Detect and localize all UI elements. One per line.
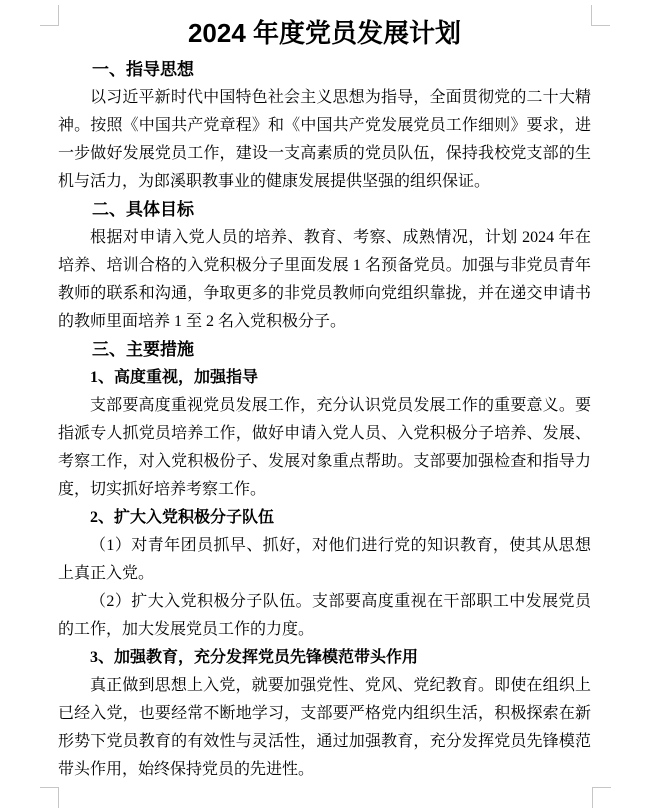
margin-crop-mark-bottom-left	[40, 787, 59, 808]
document-title: 2024 年度党员发展计划	[58, 10, 591, 56]
paragraph-guiding-ideology: 以习近平新时代中国特色社会主义思想为指导，全面贯彻党的二十大精神。按照《中国共产…	[58, 84, 591, 196]
subheading-measure-2: 2、扩大入党积极分子队伍	[58, 504, 591, 532]
section-heading-main-measures: 三、主要措施	[58, 336, 591, 364]
section-heading-specific-goals: 二、具体目标	[58, 196, 591, 224]
margin-crop-mark-top-left	[40, 5, 59, 26]
paragraph-specific-goals: 根据对申请入党人员的培养、教育、考察、成熟情况，计划 2024 年在培养、培训合…	[58, 224, 591, 336]
margin-crop-mark-top-right	[591, 5, 610, 26]
paragraph-measure-1: 支部要高度重视党员发展工作，充分认识党员发展工作的重要意义。要指派专人抓党员培养…	[58, 392, 591, 504]
paragraph-measure-2-item-2: （2）扩大入党积极分子队伍。支部要高度重视在干部职工中发展党员的工作，加大发展党…	[58, 588, 591, 644]
document-page: 2024 年度党员发展计划 一、指导思想 以习近平新时代中国特色社会主义思想为指…	[0, 0, 650, 812]
paragraph-measure-3: 真正做到思想上入党，就要加强党性、党风、党纪教育。即使在组织上已经入党，也要经常…	[58, 672, 591, 784]
paragraph-measure-2-item-1: （1）对青年团员抓早、抓好，对他们进行党的知识教育，使其从思想上真正入党。	[58, 532, 591, 588]
document-content: 2024 年度党员发展计划 一、指导思想 以习近平新时代中国特色社会主义思想为指…	[58, 10, 591, 784]
margin-crop-mark-bottom-right	[592, 787, 611, 808]
subheading-measure-3: 3、加强教育，充分发挥党员先锋模范带头作用	[58, 644, 591, 672]
subheading-measure-1: 1、高度重视，加强指导	[58, 364, 591, 392]
section-heading-guiding-ideology: 一、指导思想	[58, 56, 591, 84]
